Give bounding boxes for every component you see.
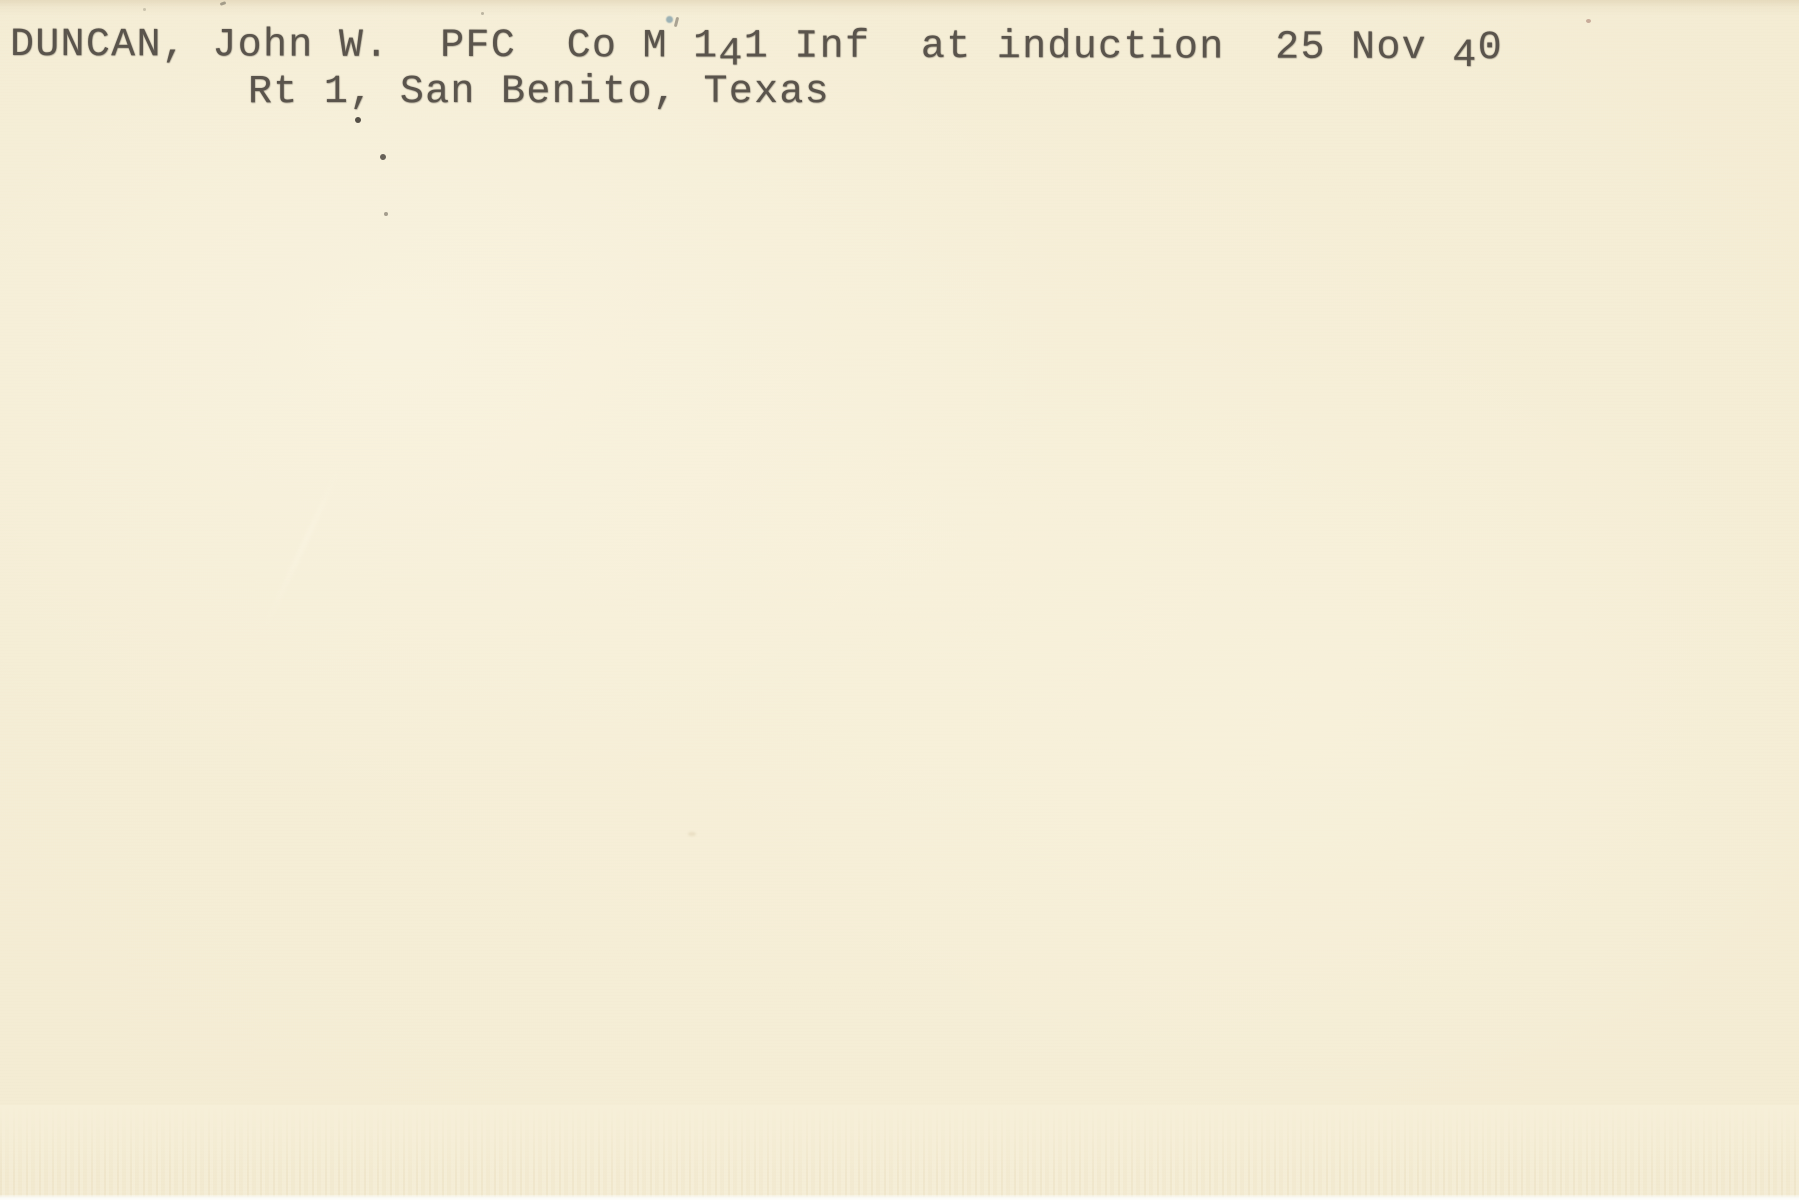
typed-text-segment: 0 <box>1478 26 1503 71</box>
typed-text-segment: DUNCAN, John W. PFC Co M 1 <box>10 23 719 69</box>
ink-speck <box>355 117 361 123</box>
paper-speck <box>143 8 146 11</box>
typed-text-segment: 1 Inf at induction 25 Nov <box>744 25 1453 71</box>
paper-crease <box>263 470 340 630</box>
paper-speck <box>688 832 696 836</box>
paper-top-shading <box>0 0 1799 16</box>
blue-fiber-speck <box>666 16 673 23</box>
ink-speck <box>380 154 386 160</box>
paper-speck <box>220 1 227 6</box>
typed-line-2: Rt 1, San Benito, Texas <box>248 73 830 113</box>
ink-speck <box>384 212 388 216</box>
paper-speck <box>1586 19 1591 23</box>
paper-speck <box>481 12 484 15</box>
typed-line-1: DUNCAN, John W. PFC Co M 141 Inf at indu… <box>10 26 1503 69</box>
scan-bottom-edge <box>0 1195 1799 1200</box>
typewriter-low-four-digit: 4 <box>1452 34 1477 79</box>
paper-bottom-texture <box>0 1105 1799 1200</box>
scanned-index-card: DUNCAN, John W. PFC Co M 141 Inf at indu… <box>0 0 1799 1200</box>
